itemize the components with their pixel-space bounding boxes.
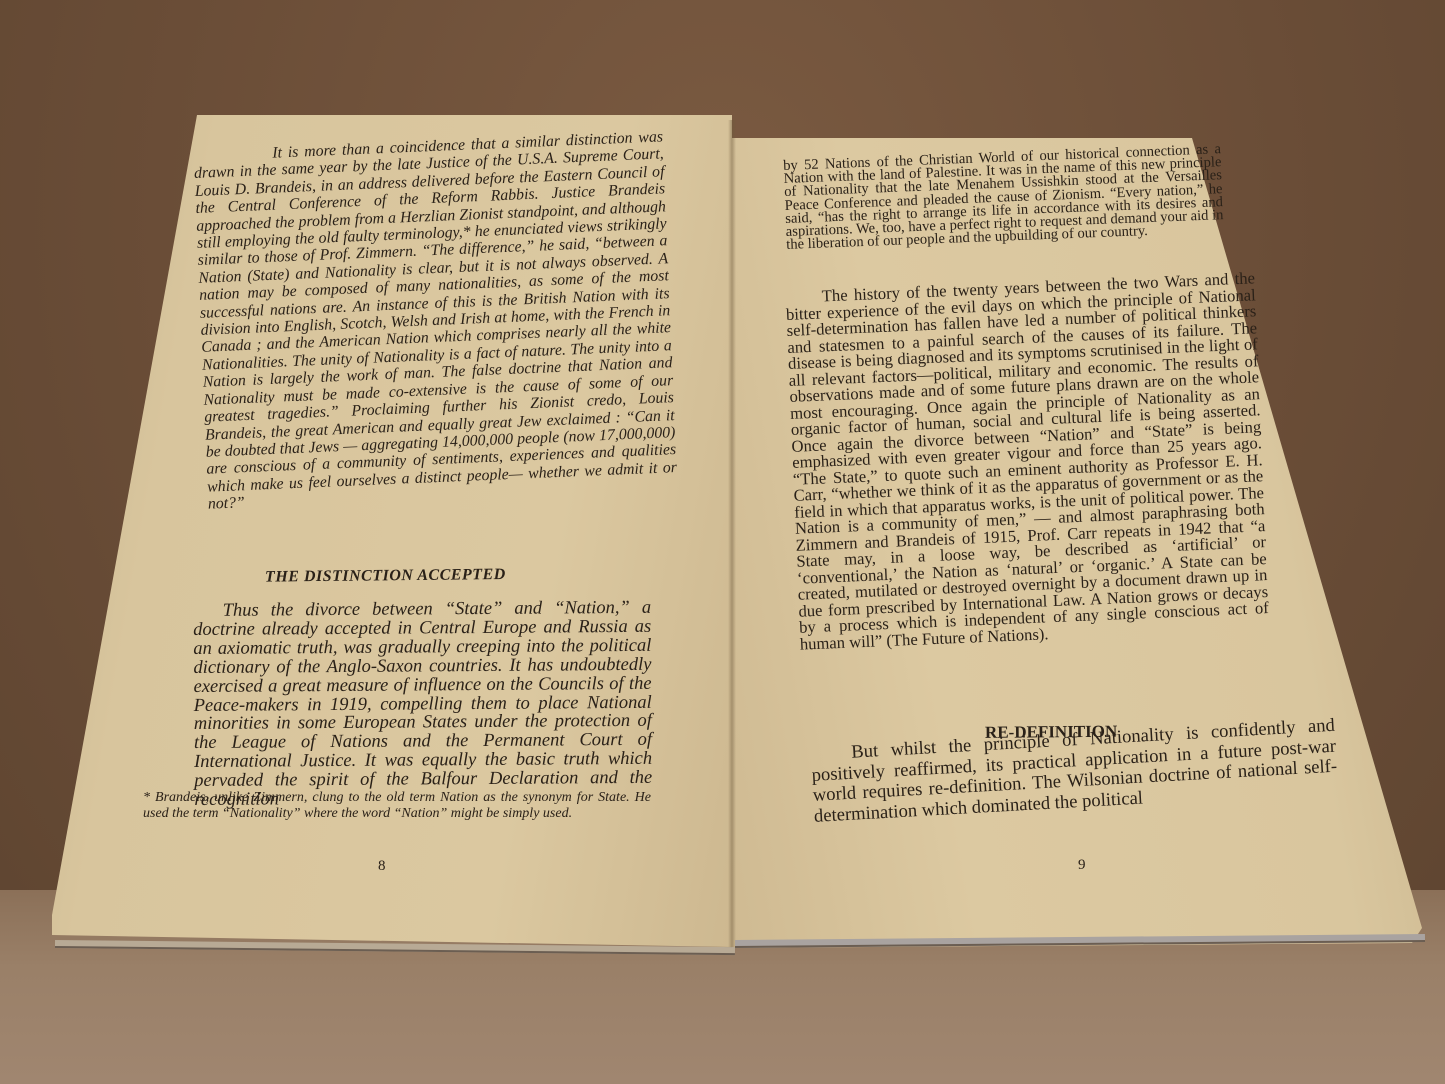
paragraph-text: Thus the divorce between “State” and “Na…: [193, 599, 652, 810]
paragraph-text: It is more than a coincidence that a sim…: [193, 128, 678, 513]
right-history-paragraph: The history of the twenty years between …: [785, 270, 1270, 652]
left-section-paragraph: Thus the divorce between “State” and “Na…: [193, 599, 652, 810]
right-continuation-paragraph: by 52 Nations of the Christian World of …: [783, 143, 1224, 252]
paragraph-text: by 52 Nations of the Christian World of …: [783, 143, 1224, 252]
book-gutter: [728, 120, 736, 948]
open-booklet: It is more than a coincidence that a sim…: [0, 0, 1445, 1084]
left-opening-paragraph: It is more than a coincidence that a sim…: [193, 128, 678, 513]
left-footnote: * Brandeis, unlike Zimmern, clung to the…: [143, 790, 651, 821]
paragraph-text: The history of the twenty years between …: [785, 270, 1270, 652]
footnote-text: * Brandeis, unlike Zimmern, clung to the…: [143, 790, 651, 821]
left-section-heading: THE DISTINCTION ACCEPTED: [265, 565, 565, 586]
page-number-right: 9: [1078, 857, 1086, 874]
page-number-left: 8: [378, 858, 386, 875]
